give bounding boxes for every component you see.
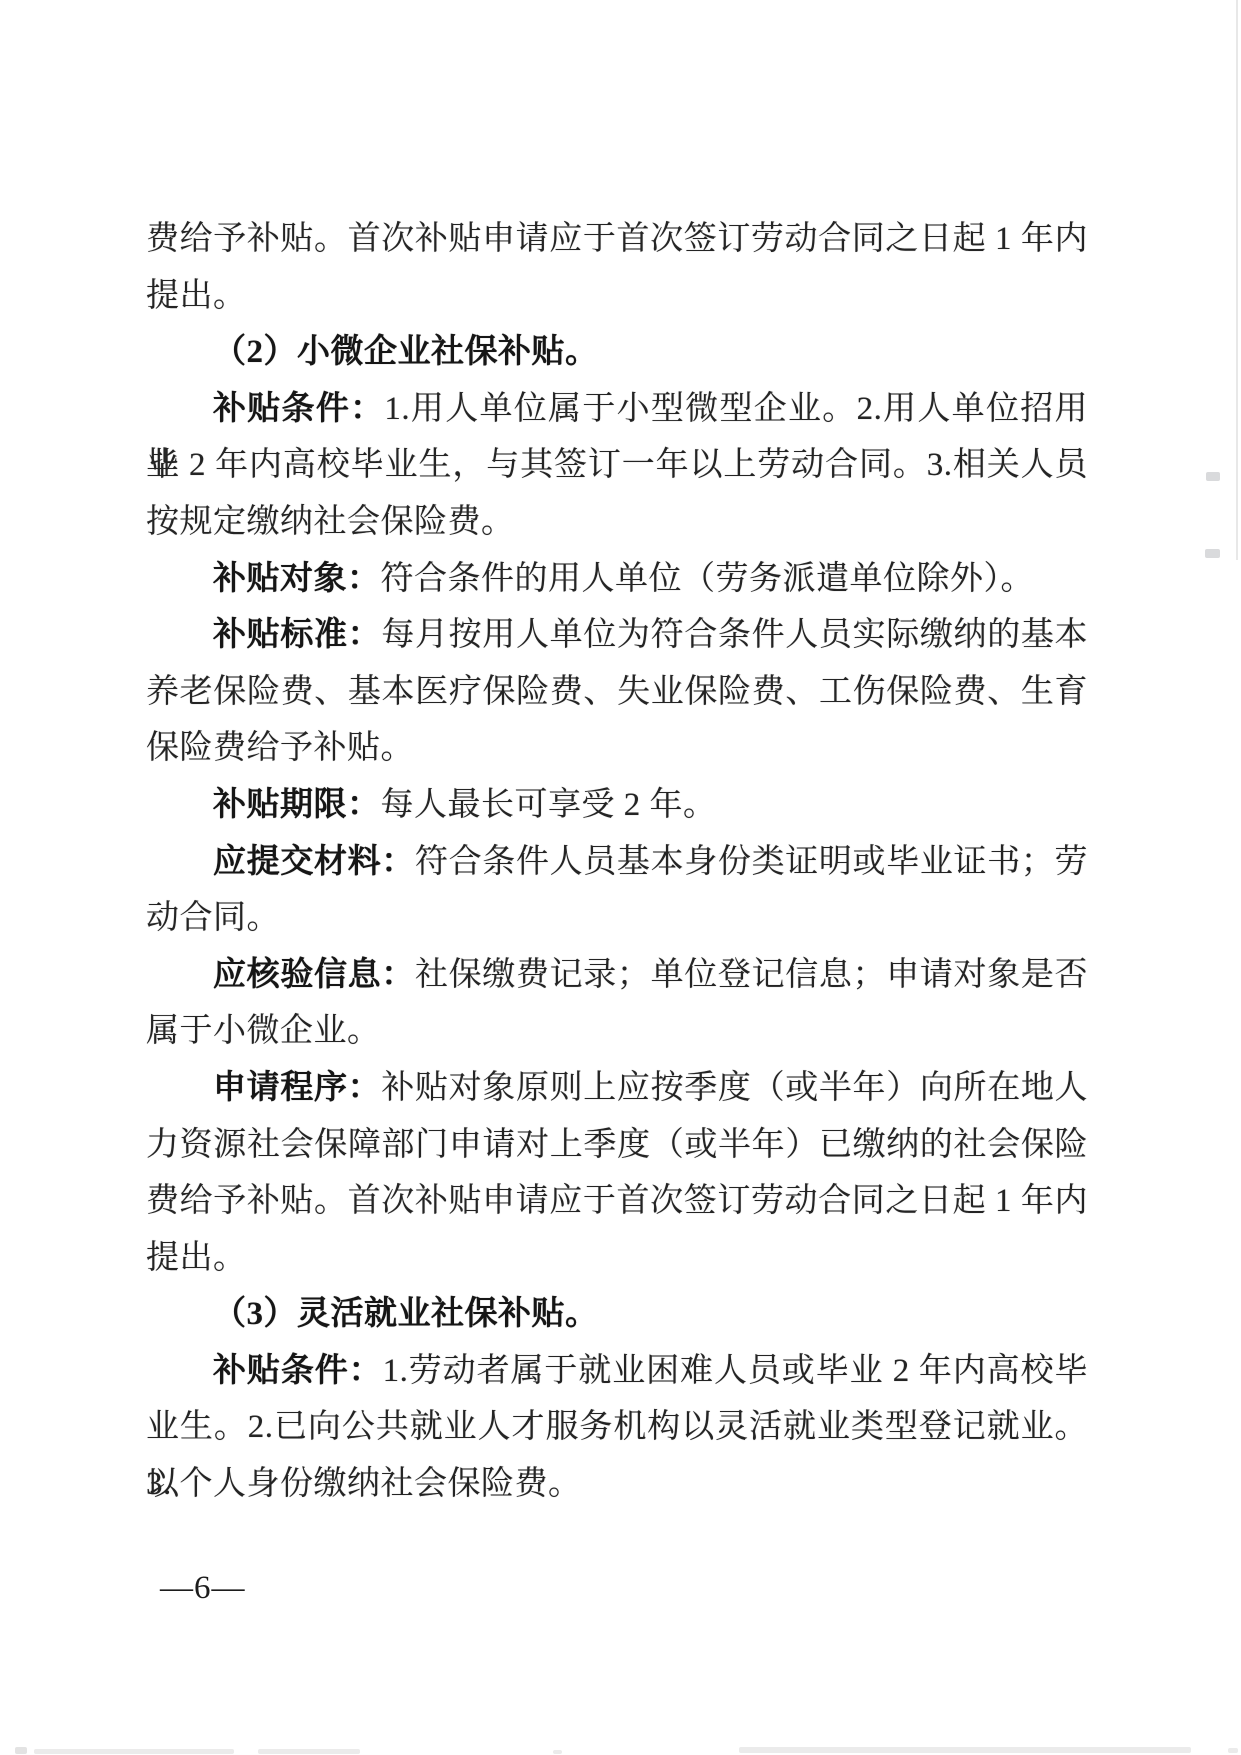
page-number: —6—	[160, 1570, 246, 1607]
text-line: 补贴条件：1.劳动者属于就业困难人员或毕业 2 年内高校毕	[146, 1343, 1088, 1400]
text-line: 补贴期限：每人最长可享受 2 年。	[146, 777, 1088, 834]
bold-label: 应核验信息：	[213, 957, 415, 993]
text-line: 保险费给予补贴。	[146, 720, 1088, 777]
body-text: 费给予补贴。首次补贴申请应于首次签订劳动合同之日起 1 年内	[146, 1183, 1088, 1219]
scan-smudge	[1206, 472, 1220, 481]
text-line: 补贴条件：1.用人单位属于小型微型企业。2.用人单位招用毕	[146, 381, 1088, 438]
bold-label: 申请程序：	[213, 1070, 381, 1106]
text-line: 应核验信息：社保缴费记录；单位登记信息；申请对象是否	[146, 947, 1088, 1004]
scan-noise-mark	[553, 1750, 562, 1754]
body-text: 1.劳动者属于就业困难人员或毕业 2 年内高校毕	[383, 1353, 1088, 1389]
body-text: 费给予补贴。首次补贴申请应于首次签订劳动合同之日起 1 年内	[146, 221, 1088, 257]
bold-label: 补贴条件：	[213, 391, 384, 427]
bold-label: （2）小微企业社保补贴。	[213, 334, 599, 370]
document-body: 费给予补贴。首次补贴申请应于首次签订劳动合同之日起 1 年内提出。（2）小微企业…	[146, 211, 1088, 1513]
subsection-heading: （3）灵活就业社保补贴。	[146, 1286, 1088, 1343]
scan-smudge	[1205, 549, 1220, 558]
scan-edge-line	[1236, 0, 1238, 560]
body-text: 业 2 年内高校毕业生，与其签订一年以上劳动合同。3.相关人员	[146, 447, 1088, 483]
text-line: 业 2 年内高校毕业生，与其签订一年以上劳动合同。3.相关人员	[146, 437, 1088, 494]
text-line: 应提交材料：符合条件人员基本身份类证明或毕业证书；劳	[146, 834, 1088, 891]
bold-label: 补贴对象：	[213, 561, 381, 597]
text-line: 以个人身份缴纳社会保险费。	[146, 1456, 1088, 1513]
body-text: 补贴对象原则上应按季度（或半年）向所在地人	[381, 1070, 1088, 1106]
scan-noise-mark	[258, 1749, 360, 1754]
body-text: 每人最长可享受 2 年。	[381, 787, 717, 823]
body-text: 属于小微企业。	[146, 1013, 381, 1049]
text-line: 费给予补贴。首次补贴申请应于首次签订劳动合同之日起 1 年内	[146, 1173, 1088, 1230]
text-line: 业生。2.已向公共就业人才服务机构以灵活就业类型登记就业。3.	[146, 1399, 1088, 1456]
body-text: 动合同。	[146, 900, 280, 936]
subsection-heading: （2）小微企业社保补贴。	[146, 324, 1088, 381]
body-text: 提出。	[146, 1240, 247, 1276]
scan-noise-mark	[739, 1747, 1191, 1753]
text-line: 提出。	[146, 268, 1088, 325]
text-line: 力资源社会保障部门申请对上季度（或半年）已缴纳的社会保险	[146, 1117, 1088, 1174]
text-line: 补贴对象：符合条件的用人单位（劳务派遣单位除外）。	[146, 551, 1088, 608]
body-text: 符合条件人员基本身份类证明或毕业证书；劳	[415, 844, 1088, 880]
body-text: 提出。	[146, 278, 247, 314]
bold-label: 补贴条件：	[213, 1353, 383, 1389]
body-text: 保险费给予补贴。	[146, 730, 414, 766]
body-text: 符合条件的用人单位（劳务派遣单位除外）。	[381, 561, 1035, 597]
body-text: 按规定缴纳社会保险费。	[146, 504, 515, 540]
body-text: 每月按用人单位为符合条件人员实际缴纳的基本	[381, 617, 1088, 653]
bold-label: 补贴期限：	[213, 787, 381, 823]
bold-label: 应提交材料：	[213, 844, 415, 880]
scan-noise-mark	[34, 1749, 234, 1754]
text-line: 属于小微企业。	[146, 1003, 1088, 1060]
bold-label: 补贴标准：	[213, 617, 381, 653]
body-text: 以个人身份缴纳社会保险费。	[146, 1466, 582, 1502]
scan-noise-mark	[15, 1747, 27, 1754]
body-text: 社保缴费记录；单位登记信息；申请对象是否	[415, 957, 1088, 993]
text-line: 动合同。	[146, 890, 1088, 947]
document-page: 费给予补贴。首次补贴申请应于首次签订劳动合同之日起 1 年内提出。（2）小微企业…	[0, 0, 1241, 1755]
bold-label: （3）灵活就业社保补贴。	[213, 1296, 599, 1332]
body-text: 养老保险费、基本医疗保险费、失业保险费、工伤保险费、生育	[146, 674, 1088, 710]
text-line: 补贴标准：每月按用人单位为符合条件人员实际缴纳的基本	[146, 607, 1088, 664]
text-line: 申请程序：补贴对象原则上应按季度（或半年）向所在地人	[146, 1060, 1088, 1117]
body-text: 力资源社会保障部门申请对上季度（或半年）已缴纳的社会保险	[146, 1127, 1088, 1163]
text-line: 提出。	[146, 1230, 1088, 1287]
text-line: 按规定缴纳社会保险费。	[146, 494, 1088, 551]
scan-noise-mark	[1228, 1748, 1238, 1753]
text-line: 养老保险费、基本医疗保险费、失业保险费、工伤保险费、生育	[146, 664, 1088, 721]
text-line: 费给予补贴。首次补贴申请应于首次签订劳动合同之日起 1 年内	[146, 211, 1088, 268]
